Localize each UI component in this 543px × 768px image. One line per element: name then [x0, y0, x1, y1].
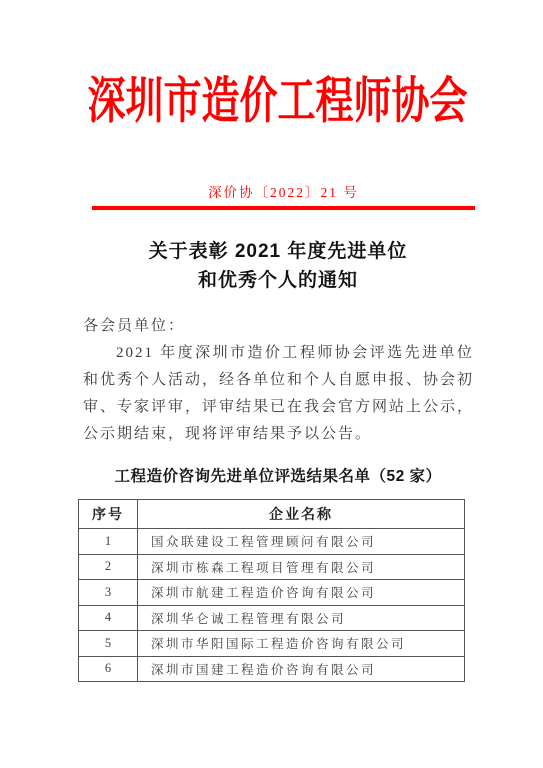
- notice-title-line2: 和优秀个人的通知: [83, 266, 473, 295]
- company-name: 深圳市国建工程造价咨询有限公司: [138, 656, 465, 682]
- notice-title: 关于表彰 2021 年度先进单位 和优秀个人的通知: [83, 237, 473, 295]
- row-number: 5: [79, 631, 138, 657]
- company-name: 深圳市华阳国际工程造价咨询有限公司: [138, 631, 465, 657]
- row-number: 1: [79, 529, 138, 555]
- table-row: 2 深圳市栋森工程项目管理有限公司: [79, 554, 465, 580]
- header-cell-company-name: 企业名称: [138, 500, 465, 529]
- table-row: 6 深圳市国建工程造价咨询有限公司: [79, 656, 465, 682]
- body-paragraph: 2021 年度深圳市造价工程师协会评选先进单位和优秀个人活动，经各单位和个人自愿…: [83, 340, 474, 448]
- table-header-row: 序号 企业名称: [79, 500, 465, 529]
- notice-body: 各会员单位： 2021 年度深圳市造价工程师协会评选先进单位和优秀个人活动，经各…: [83, 313, 474, 448]
- document-number: 深价协〔2022〕21 号: [92, 181, 475, 201]
- company-name: 深圳华仑诚工程管理有限公司: [138, 605, 465, 631]
- table-row: 1 国众联建设工程管理顾问有限公司: [79, 529, 465, 555]
- row-number: 2: [79, 554, 138, 580]
- company-name: 国众联建设工程管理顾问有限公司: [138, 529, 465, 555]
- notice-title-line1: 关于表彰 2021 年度先进单位: [83, 237, 473, 266]
- row-number: 3: [79, 580, 138, 606]
- table-row: 4 深圳华仑诚工程管理有限公司: [79, 605, 465, 631]
- letterhead-org-name: 深圳市造价工程师协会: [80, 76, 475, 128]
- table-row: 3 深圳市航建工程造价咨询有限公司: [79, 580, 465, 606]
- salutation: 各会员单位：: [83, 313, 474, 340]
- row-number: 6: [79, 656, 138, 682]
- company-name: 深圳市航建工程造价咨询有限公司: [138, 580, 465, 606]
- row-number: 4: [79, 605, 138, 631]
- header-cell-number: 序号: [79, 500, 138, 529]
- results-table: 序号 企业名称 1 国众联建设工程管理顾问有限公司 2 深圳市栋森工程项目管理有…: [78, 499, 465, 682]
- company-name: 深圳市栋森工程项目管理有限公司: [138, 554, 465, 580]
- table-row: 5 深圳市华阳国际工程造价咨询有限公司: [79, 631, 465, 657]
- red-divider-rule: [92, 206, 475, 210]
- document-page: 深圳市造价工程师协会 深价协〔2022〕21 号 关于表彰 2021 年度先进单…: [0, 0, 543, 768]
- results-table-title: 工程造价咨询先进单位评选结果名单（52 家）: [83, 464, 473, 486]
